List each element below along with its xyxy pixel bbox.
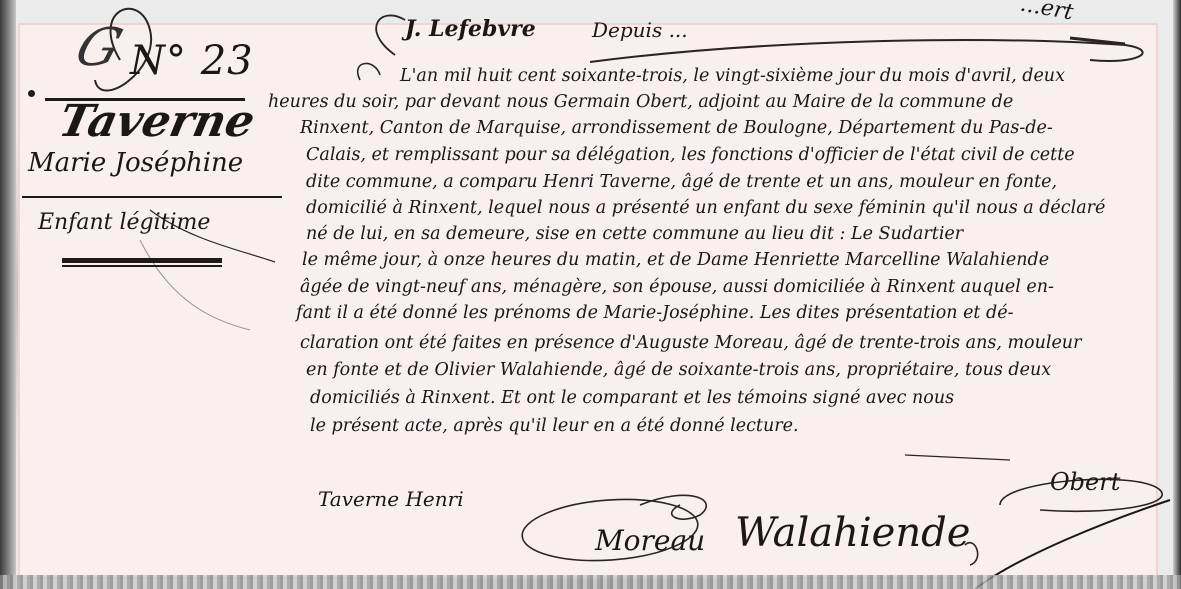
body-line: domiciliés à Rinxent. Et ont le comparan… — [310, 390, 954, 408]
body-line: dite commune, a comparu Henri Taverne, â… — [306, 174, 1057, 192]
body-line: en fonte et de Olivier Walahiende, âgé d… — [306, 362, 1051, 380]
body-line: L'an mil huit cent soixante-trois, le vi… — [400, 68, 1065, 86]
child-surname: Taverne — [55, 96, 260, 147]
header-dispatch-note: Depuis ... — [592, 18, 688, 42]
signature-officer: Obert — [1050, 468, 1120, 496]
body-line: claration ont été faites en présence d'A… — [300, 335, 1081, 353]
header-officiant-note: J. Lefebvre — [405, 16, 536, 42]
record-number: N° 23 — [130, 38, 254, 84]
body-line: fant il a été donné les prénoms de Marie… — [296, 305, 1014, 323]
body-line: le présent acte, après qu'il leur en a é… — [310, 418, 799, 436]
margin-double-rule — [62, 265, 222, 267]
body-line: Rinxent, Canton de Marquise, arrondissem… — [300, 120, 1053, 138]
body-line: domicilié à Rinxent, lequel nous a prése… — [306, 200, 1105, 218]
scan-right-edge — [1173, 0, 1181, 589]
signature-witness-1: Moreau — [595, 524, 705, 557]
signature-father: Taverne Henri — [318, 487, 464, 511]
child-status: Enfant légitime — [38, 210, 210, 235]
body-line: né de lui, en sa demeure, sise en cette … — [306, 226, 963, 244]
ink-dot — [28, 90, 35, 97]
body-line: Calais, et remplissant pour sa délégatio… — [306, 147, 1075, 165]
signature-witness-2: Walahiende — [735, 510, 970, 556]
body-line: âgée de vingt-neuf ans, ménagère, son ép… — [300, 279, 1054, 297]
body-line: le même jour, à onze heures du matin, et… — [302, 252, 1049, 270]
child-given-names: Marie Joséphine — [28, 148, 243, 178]
margin-rule — [22, 196, 282, 198]
margin-double-rule — [62, 258, 222, 263]
body-line: heures du soir, par devant nous Germain … — [268, 94, 1013, 112]
scan-left-edge — [0, 0, 16, 589]
scan-bottom-edge — [0, 575, 1181, 589]
